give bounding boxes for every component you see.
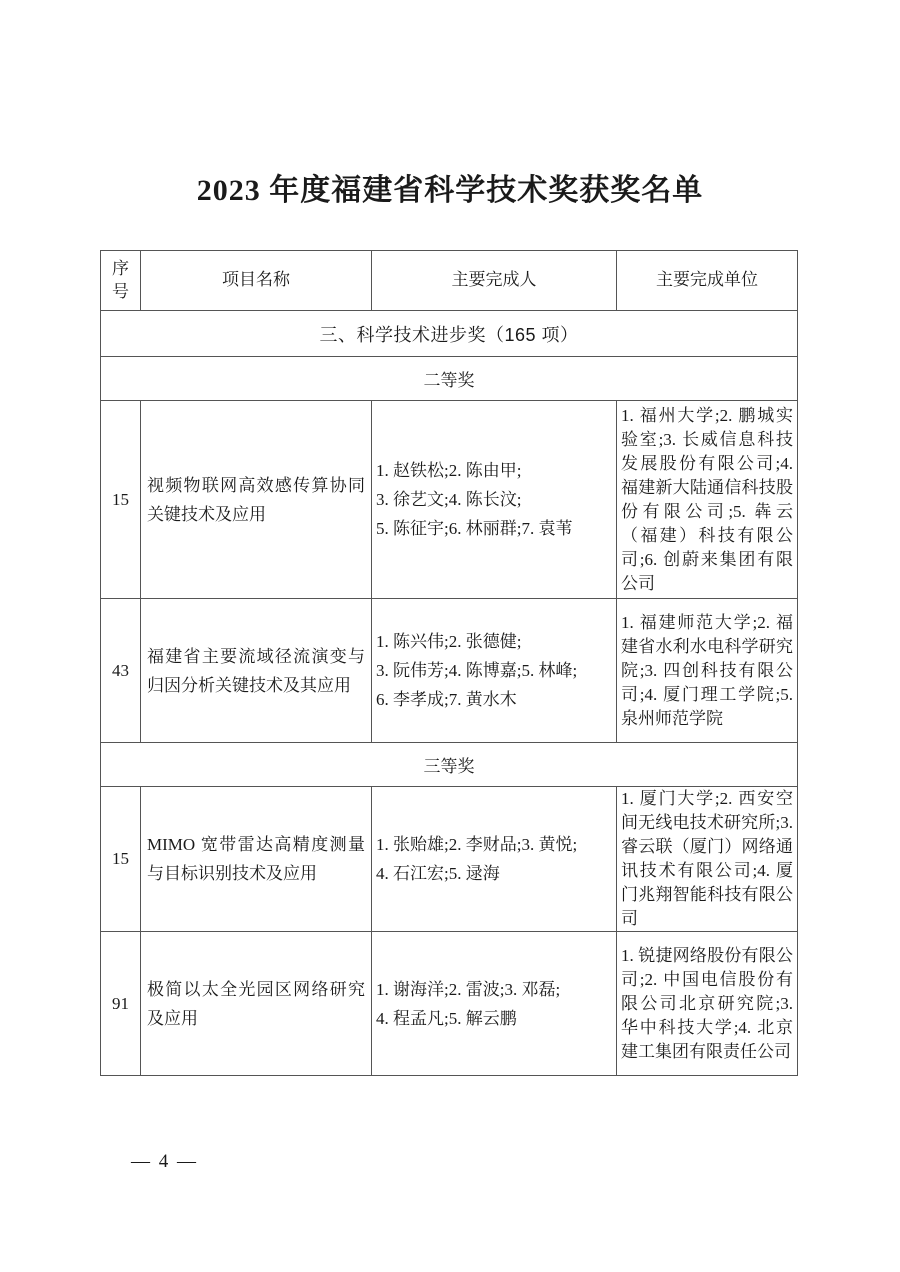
table-row: 15 视频物联网高效感传算协同关键技术及应用 1. 赵铁松;2. 陈由甲; 3.… xyxy=(101,401,798,599)
row-number: 91 xyxy=(101,932,141,1076)
table-row: 15 MIMO 宽带雷达高精度测量与目标识别技术及应用 1. 张贻雄;2. 李财… xyxy=(101,787,798,932)
page-title: 2023 年度福建省科学技术奖获奖名单 xyxy=(0,165,900,209)
column-header-persons: 主要完成人 xyxy=(372,251,617,311)
row-number: 15 xyxy=(101,401,141,599)
awards-table: 序号 项目名称 主要完成人 主要完成单位 三、科学技术进步奖（165 项） 二等… xyxy=(100,250,798,1076)
row-number: 15 xyxy=(101,787,141,932)
table-row: 43 福建省主要流域径流演变与归因分析关键技术及其应用 1. 陈兴伟;2. 张德… xyxy=(101,599,798,743)
project-name: 极简以太全光园区网络研究及应用 xyxy=(141,932,372,1076)
column-header-no: 序号 xyxy=(101,251,141,311)
main-contributors: 1. 陈兴伟;2. 张德健; 3. 阮伟芳;4. 陈博嘉;5. 林峰; 6. 李… xyxy=(372,599,617,743)
group-title-third-prize: 三等奖 xyxy=(101,743,798,787)
page-number: — 4 — xyxy=(131,1151,198,1173)
main-organizations: 1. 福建师范大学;2. 福建省水利水电科学研究院;3. 四创科技有限公司;4.… xyxy=(617,599,798,743)
group-title-second-prize: 二等奖 xyxy=(101,357,798,401)
group-header-row-second-prize: 二等奖 xyxy=(101,357,798,401)
project-name: MIMO 宽带雷达高精度测量与目标识别技术及应用 xyxy=(141,787,372,932)
column-header-project: 项目名称 xyxy=(141,251,372,311)
main-contributors: 1. 谢海洋;2. 雷波;3. 邓磊; 4. 程孟凡;5. 解云鹏 xyxy=(372,932,617,1076)
project-name: 视频物联网高效感传算协同关键技术及应用 xyxy=(141,401,372,599)
main-organizations: 1. 福州大学;2. 鹏城实验室;3. 长威信息科技发展股份有限公司;4. 福建… xyxy=(617,401,798,599)
group-header-row-third-prize: 三等奖 xyxy=(101,743,798,787)
project-name: 福建省主要流域径流演变与归因分析关键技术及其应用 xyxy=(141,599,372,743)
main-contributors: 1. 赵铁松;2. 陈由甲; 3. 徐艺文;4. 陈长汶; 5. 陈征宇;6. … xyxy=(372,401,617,599)
section-header-row: 三、科学技术进步奖（165 项） xyxy=(101,311,798,357)
table-header-row: 序号 项目名称 主要完成人 主要完成单位 xyxy=(101,251,798,311)
section-title: 三、科学技术进步奖（165 项） xyxy=(101,311,798,357)
table-row: 91 极简以太全光园区网络研究及应用 1. 谢海洋;2. 雷波;3. 邓磊; 4… xyxy=(101,932,798,1076)
row-number: 43 xyxy=(101,599,141,743)
column-header-units: 主要完成单位 xyxy=(617,251,798,311)
main-contributors: 1. 张贻雄;2. 李财品;3. 黄悦; 4. 石江宏;5. 逯海 xyxy=(372,787,617,932)
main-organizations: 1. 锐捷网络股份有限公司;2. 中国电信股份有限公司北京研究院;3. 华中科技… xyxy=(617,932,798,1076)
main-organizations: 1. 厦门大学;2. 西安空间无线电技术研究所;3. 睿云联（厦门）网络通讯技术… xyxy=(617,787,798,932)
